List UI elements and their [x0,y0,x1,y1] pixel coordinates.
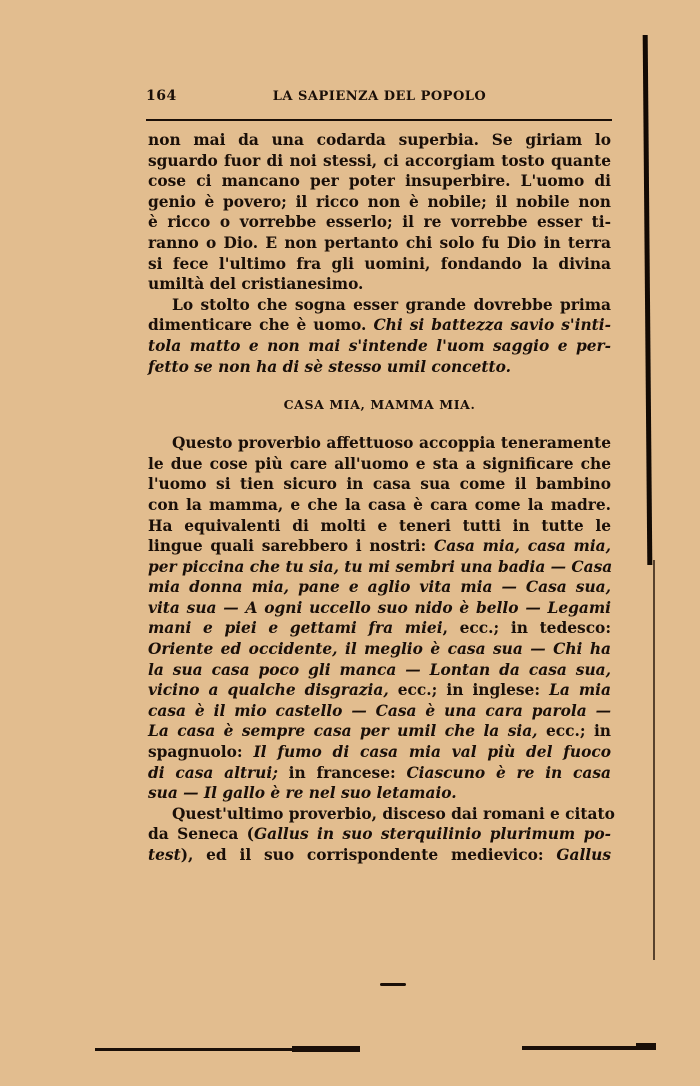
bottom-rule-right [522,1046,656,1050]
text-line: Questo proverbio affettuoso accoppia ten… [148,433,611,454]
text-line: umiltà del cristianesimo. [148,274,611,295]
italic-quote: Ciascuno è re in casa [406,764,611,782]
text-line: è ricco o vorrebbe esserlo; il re vorreb… [148,212,611,233]
text-line: Ha equivalenti di molti e teneri tutti i… [148,516,611,537]
text-line: l'uomo si tien sicuro in casa sua come i… [148,474,611,495]
text-line: La casa è sempre casa per umil che la si… [148,721,611,742]
italic-quote: La casa è sempre casa per umil che la si… [148,722,538,740]
text-line: con la mamma, e che la casa è cara come … [148,495,611,516]
text-line: spagnuolo: Il fumo di casa mia val più d… [148,742,611,763]
italic-quote: vicino a qualche disgrazia, [148,681,389,699]
paragraph-4: Quest'ultimo proverbio, disceso dai roma… [148,804,611,866]
center-mark [380,983,406,986]
italic-quote: di casa altrui; [148,764,278,782]
page-edge-line [643,35,653,565]
page-body: non mai da una codarda superbia. Se giri… [148,130,611,866]
roman-text: ), ed il suo corrispondente medievico: [181,846,557,864]
bottom-rule-right-thick [636,1043,656,1050]
italic-quote: per piccina che tu sia, tu mi sembri una… [148,557,611,578]
section-title: CASA MIA, MAMMA MIA. [148,395,611,415]
header-rule [146,119,612,121]
roman-text: spagnuolo: [148,743,253,761]
text-line: test), ed il suo corrispondente medievic… [148,845,611,866]
italic-quote: tola matto e non mai s'intende l'uom sag… [148,336,611,357]
italic-quote: vita sua — A ogni uccello suo nido è bel… [148,598,611,619]
italic-quote: Chi si battezza savio s'inti- [373,316,611,334]
text-line: Lo stolto che sogna esser grande dovrebb… [148,295,611,316]
roman-text: da Seneca ( [148,825,254,843]
running-head: 164 LA SAPIENZA DEL POPOLO [148,88,611,108]
text-line: cose ci mancano per poter insuperbire. L… [148,171,611,192]
italic-quote: la sua casa poco gli manca — Lontan da c… [148,660,611,681]
book-page: 164 LA SAPIENZA DEL POPOLO non mai da un… [148,88,611,108]
italic-quote: Gallus [556,846,611,864]
italic-quote: test [148,846,181,864]
text-line: vicino a qualche disgrazia, ecc.; in ing… [148,680,611,701]
italic-quote: casa è il mio castello — Casa è una cara… [148,701,611,722]
text-line: Quest'ultimo proverbio, disceso dai roma… [148,804,611,825]
text-line: si fece l'ultimo fra gli uomini, fondand… [148,254,611,275]
text-line: ranno o Dio. E non pertanto chi solo fu … [148,233,611,254]
text-line: mani e piei e gettami fra miei, ecc.; in… [148,618,611,639]
italic-quote: La mia [549,681,611,699]
page-edge-thin-line [653,560,655,960]
italic-quote: Casa mia, casa mia, [434,537,611,555]
text-line: lingue quali sarebbero i nostri: Casa mi… [148,536,611,557]
text-line: sguardo fuor di noi stessi, ci accorgiam… [148,151,611,172]
text-line: le due cose più care all'uomo e sta a si… [148,454,611,475]
italic-quote: Il fumo di casa mia val più del fuoco [253,743,611,761]
text-line: di casa altrui; in francese: Ciascuno è … [148,763,611,784]
paragraph-2: Lo stolto che sogna esser grande dovrebb… [148,295,611,377]
italic-quote: Oriente ed occidente, il meglio è casa s… [148,639,611,660]
text-line: genio è povero; il ricco non è nobile; i… [148,192,611,213]
italic-quote: mani e piei e gettami fra miei [148,619,443,637]
text-line: non mai da una codarda superbia. Se giri… [148,130,611,151]
italic-quote: fetto se non ha di sè stesso umil concet… [148,357,611,378]
roman-text: dimenticare che è uomo. [148,316,373,334]
roman-text: , ecc.; in tedesco: [443,619,611,637]
bottom-rule-left-thick [292,1046,360,1052]
text-line: dimenticare che è uomo. Chi si battezza … [148,315,611,336]
roman-text: ecc.; in inglese: [389,681,549,699]
paragraph-1: non mai da una codarda superbia. Se giri… [148,130,611,295]
bottom-rule-left [95,1048,360,1051]
paragraph-3: Questo proverbio affettuoso accoppia ten… [148,433,611,804]
italic-quote: Gallus in suo sterquilinio plurimum po- [254,825,611,843]
running-title: LA SAPIENZA DEL POPOLO [148,89,611,104]
italic-quote: mia donna mia, pane e aglio vita mia — C… [148,577,611,598]
roman-text: lingue quali sarebbero i nostri: [148,537,434,555]
text-line: da Seneca (Gallus in suo sterquilinio pl… [148,824,611,845]
roman-text: ecc.; in [538,722,611,740]
roman-text: in francese: [278,764,407,782]
italic-quote: sua — Il gallo è re nel suo letamaio. [148,783,611,804]
